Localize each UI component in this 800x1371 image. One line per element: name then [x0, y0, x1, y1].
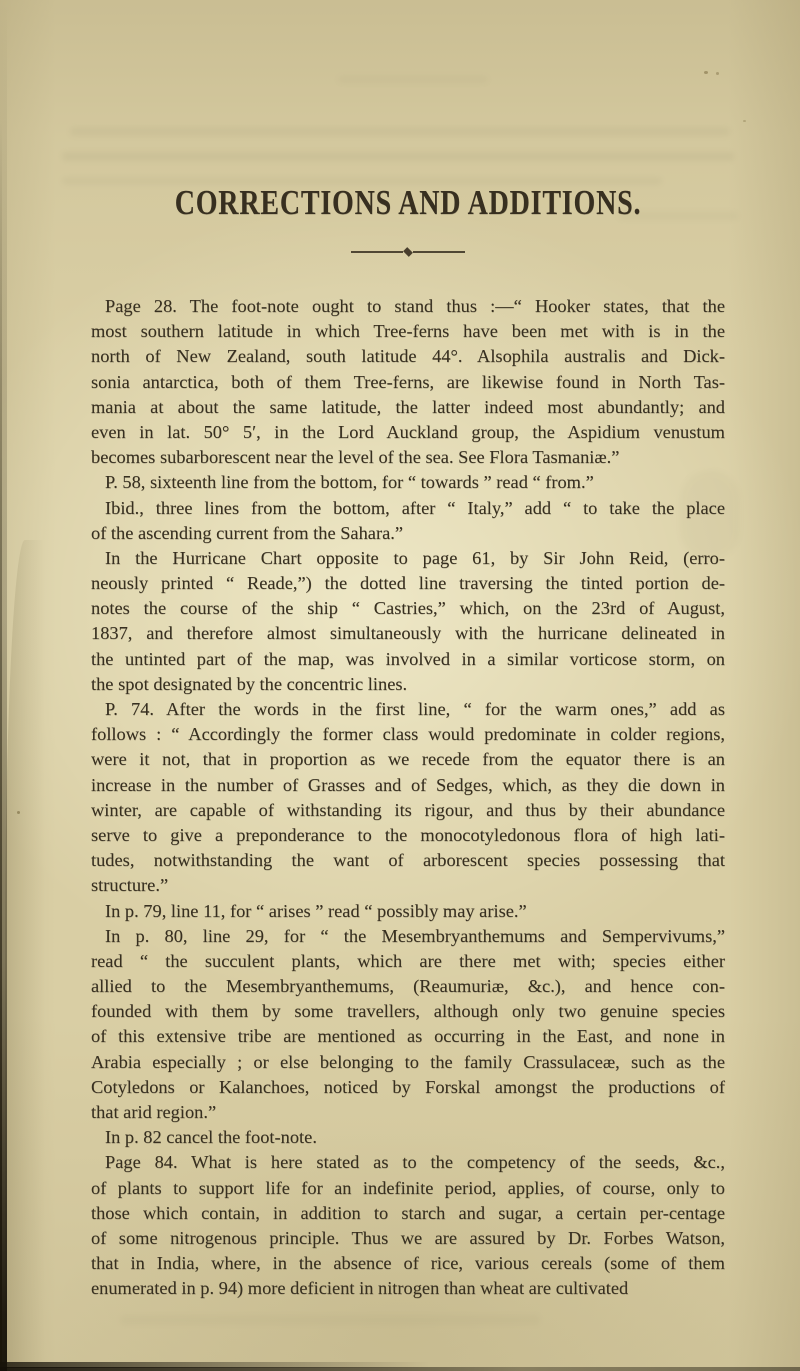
text-line: those which contain, in addition to star… — [91, 1201, 725, 1226]
text-line: In the Hurricane Chart opposite to page … — [91, 546, 725, 571]
text-line: Ibid., three lines from the bottom, afte… — [91, 496, 725, 521]
text-line: In p. 79, line 11, for “ arises ” read “… — [91, 899, 725, 924]
foxing-speck — [716, 72, 719, 75]
text-line: winter, are capable of withstanding its … — [91, 798, 725, 823]
text-line: were it not, that in proportion as we re… — [91, 747, 725, 772]
body-text: Page 28. The foot-note ought to stand th… — [91, 294, 725, 1302]
text-line: P. 74. After the words in the first line… — [91, 697, 725, 722]
text-line: In p. 80, line 29, for “ the Mesembryant… — [91, 924, 725, 949]
show-through-smudge — [338, 76, 488, 83]
text-line: structure.” — [91, 873, 725, 898]
foxing-speck — [704, 71, 708, 74]
text-line: follows : “ Accordingly the former class… — [91, 722, 725, 747]
text-line: of plants to support life for an indefin… — [91, 1176, 725, 1201]
text-line: Arabia especially ; or else belonging to… — [91, 1050, 725, 1075]
text-line: that in India, where, in the absence of … — [91, 1251, 725, 1276]
show-through-smudge — [70, 127, 730, 136]
text-line: the untinted part of the map, was involv… — [91, 647, 725, 672]
divider-diamond-icon — [403, 247, 413, 257]
page-left-edge-line — [0, 120, 2, 1371]
text-line: enumerated in p. 94) more deficient in n… — [91, 1276, 725, 1301]
text-line: north of New Zealand, south latitude 44°… — [91, 344, 725, 369]
text-line: In p. 82 cancel the foot-note. — [91, 1125, 725, 1150]
text-line: tudes, notwithstanding the want of arbor… — [91, 848, 725, 873]
divider-line — [413, 251, 465, 253]
text-line: increase in the number of Grasses and of… — [91, 773, 725, 798]
text-line: becomes subarborescent near the level of… — [91, 445, 725, 470]
text-line: Cotyledons or Kalanchoes, noticed by For… — [91, 1075, 725, 1100]
text-line: even in lat. 50° 5′, in the Lord Aucklan… — [91, 420, 725, 445]
text-line: notes the course of the ship “ Castries,… — [91, 596, 725, 621]
page-crease — [5, 540, 45, 1371]
text-line: that arid region.” — [91, 1100, 725, 1125]
text-line: neously printed “ Reade,”) the dotted li… — [91, 571, 725, 596]
text-line: the spot designated by the concentric li… — [91, 672, 725, 697]
text-line: serve to give a preponderance to the mon… — [91, 823, 725, 848]
text-line: P. 58, sixteenth line from the bottom, f… — [91, 470, 725, 495]
foxing-speck — [743, 120, 746, 122]
text-line: of the ascending current from the Sahara… — [91, 521, 725, 546]
text-line: Page 28. The foot-note ought to stand th… — [91, 294, 725, 319]
show-through-smudge — [62, 152, 734, 161]
divider-line — [351, 251, 403, 253]
text-line: of this extensive tribe are mentioned as… — [91, 1024, 725, 1049]
text-line: allied to the Mesembryanthemums, (Reaumu… — [91, 974, 725, 999]
text-line: read “ the succulent plants, which are t… — [91, 949, 725, 974]
text-line: sonia antarctica, both of them Tree-fern… — [91, 370, 725, 395]
text-line: 1837, and therefore almost simultaneousl… — [91, 621, 725, 646]
page-title: CORRECTIONS AND ADDITIONS. — [154, 186, 661, 220]
section-divider — [351, 247, 465, 257]
text-line: founded with them by some travellers, al… — [91, 999, 725, 1024]
show-through-smudge — [120, 1315, 540, 1325]
page-bottom-edge — [0, 1367, 800, 1371]
text-line: of some nitrogenous principle. Thus we a… — [91, 1226, 725, 1251]
book-page: CORRECTIONS AND ADDITIONS. Page 28. The … — [0, 0, 800, 1371]
text-line: most southern latitude in which Tree-fer… — [91, 319, 725, 344]
text-line: Page 84. What is here stated as to the c… — [91, 1150, 725, 1175]
text-line: mania at about the same latitude, the la… — [91, 395, 725, 420]
